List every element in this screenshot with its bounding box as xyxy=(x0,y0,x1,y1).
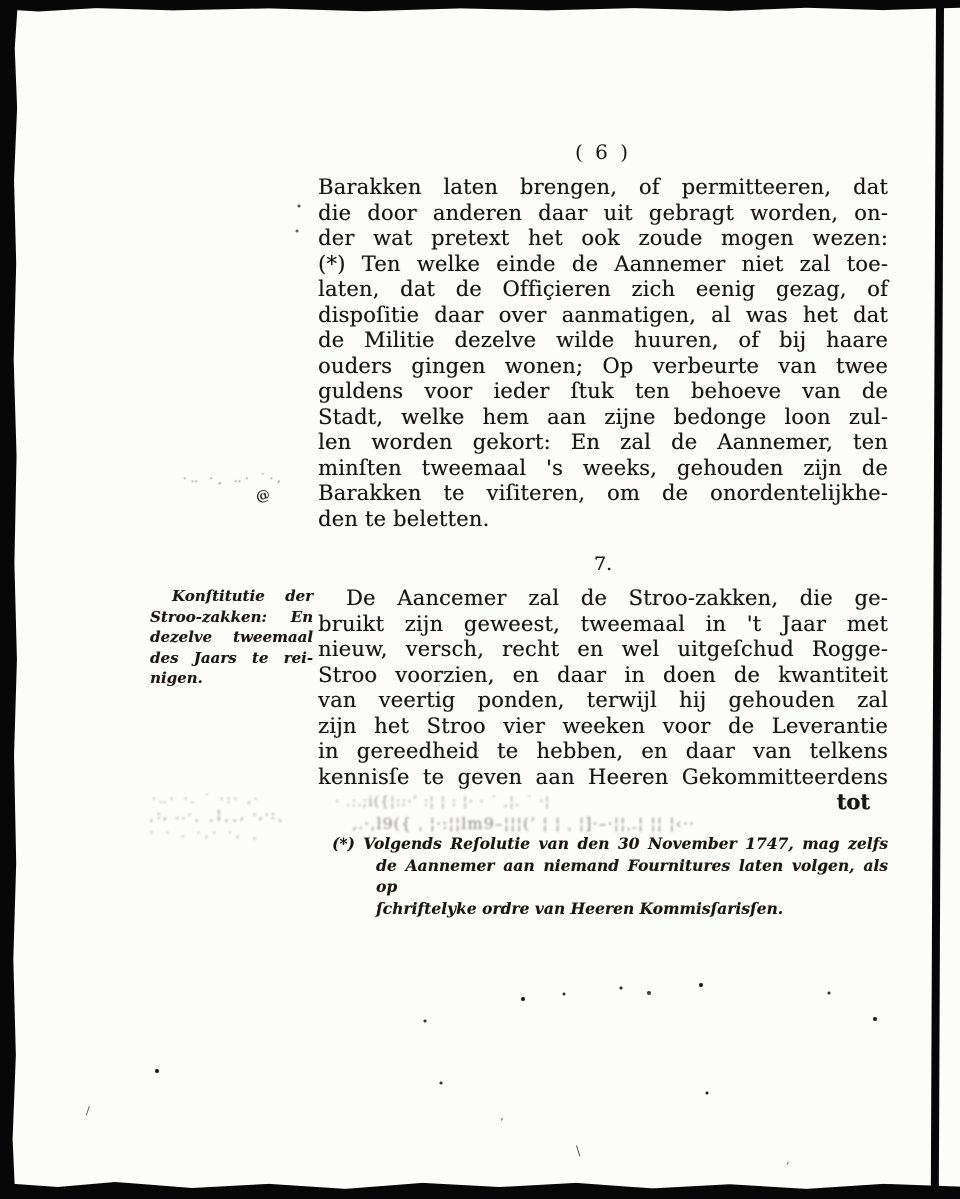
text-line: van veertig ponden, terwijl hij gehouden… xyxy=(318,688,888,714)
page-number: ( 6 ) xyxy=(318,140,888,164)
text-line: der wat pretext het ook zoude mogen weze… xyxy=(318,226,888,252)
text-line: (*) Ten welke einde de Aannemer niet zal… xyxy=(318,252,888,278)
text-line: minſten tweemaal 's weeks, gehouden zijn… xyxy=(318,456,888,482)
margin-note-line: Konſtitutie der xyxy=(150,586,313,607)
ink-bleed-through: ˒ · . ·‚· ·, ¸ xyxy=(150,826,330,840)
dust-specks xyxy=(0,990,2,992)
text-line: dispoſitie daar over aanmatigen, al was … xyxy=(318,303,888,329)
footnote-line: ſchriftelyke ordre van Heeren Kommisſari… xyxy=(376,898,888,920)
footnote-line: de Aannemer aan niemand Fournitures late… xyxy=(376,855,888,898)
margin-note: Konſtitutie derStroo-zakken: Endezelve t… xyxy=(150,586,313,689)
paragraph-section7: De Aancemer zal de Stroo-zakken, die ge-… xyxy=(318,586,888,790)
text-line: den te beletten. xyxy=(318,507,888,533)
paragraph-continuation: Barakken laten brengen, of permitteeren,… xyxy=(318,175,888,532)
margin-note-line: nigen. xyxy=(150,668,313,689)
stray-mark: / xyxy=(86,1104,90,1117)
catchword: tot xyxy=(318,789,870,814)
stray-mark: ’ xyxy=(786,1160,790,1173)
ink-bleed-through: ·‥· ·. ˙ ·:· ,· xyxy=(152,792,342,806)
section-number: 7. xyxy=(318,553,888,575)
text-line: Barakken laten brengen, of permitteeren,… xyxy=(318,175,888,201)
text-line: len worden gekort: En zal de Aannemer, t… xyxy=(318,430,888,456)
page-edge-line xyxy=(931,4,944,1199)
margin-note-line: Stroo-zakken: En xyxy=(150,607,313,628)
text-line: Barakken te viſiteren, om de onordenteli… xyxy=(318,481,888,507)
text-line: zijn het Stroo vier weeken voor de Lever… xyxy=(318,714,888,740)
text-line: Stroo voorzien, en daar in doen de kwant… xyxy=(318,663,888,689)
text-line: guldens voor ieder ſtuk ten behoeve van … xyxy=(318,379,888,405)
text-line: Stadt, welke hem aan zijne bedonge loon … xyxy=(318,405,888,431)
footnote: (*) Volgends Reſolutie van den 30 Novemb… xyxy=(332,833,888,919)
scanned-document-page: ( 6 ) Barakken laten brengen, of permitt… xyxy=(0,0,960,1199)
ink-blot: @ xyxy=(254,487,271,506)
text-line: bruikt zijn geweest, tweemaal in 't Jaar… xyxy=(318,612,888,638)
text-line: die door anderen daar uit gebragt worden… xyxy=(318,201,888,227)
text-line: in gereedheid te hebben, en daar van tel… xyxy=(318,739,888,765)
text-line: de Militie dezelve wilde huuren, of bij … xyxy=(318,328,888,354)
text-line: laten, dat de Offiçieren zich eenig geza… xyxy=(318,277,888,303)
text-line: ouders gingen wonen; Op verbeurte van tw… xyxy=(318,354,888,380)
ink-bleed-through: ‚.·‚l9({ ˌ ¦·:¦¦lm9–¦¦¦(’ ¦ ¦ ˌ ¦]·–·¦¦ˌ… xyxy=(352,814,782,833)
footnote-line: (*) Volgends Reſolutie van den 30 Novemb… xyxy=(376,833,888,855)
stray-mark: ’ xyxy=(500,1116,504,1129)
stray-mark: \ xyxy=(576,1144,580,1159)
text-line: kennisſe te geven aan Heeren Gekommittee… xyxy=(318,765,888,791)
scan-border-top xyxy=(0,0,960,14)
scan-border-bottom xyxy=(0,1176,960,1199)
ink-specks: ·‥ ·¸ ‥· ˙·, xyxy=(183,472,313,485)
text-line: nieuw, versch, recht en wel uitgeſchud R… xyxy=(318,637,888,663)
text-line: De Aancemer zal de Stroo-zakken, die ge- xyxy=(318,586,888,612)
scan-border-left xyxy=(0,0,18,1199)
margin-note-line: des Jaars te rei- xyxy=(150,648,313,669)
margin-note-line: dezelve tweemaal xyxy=(150,627,313,648)
